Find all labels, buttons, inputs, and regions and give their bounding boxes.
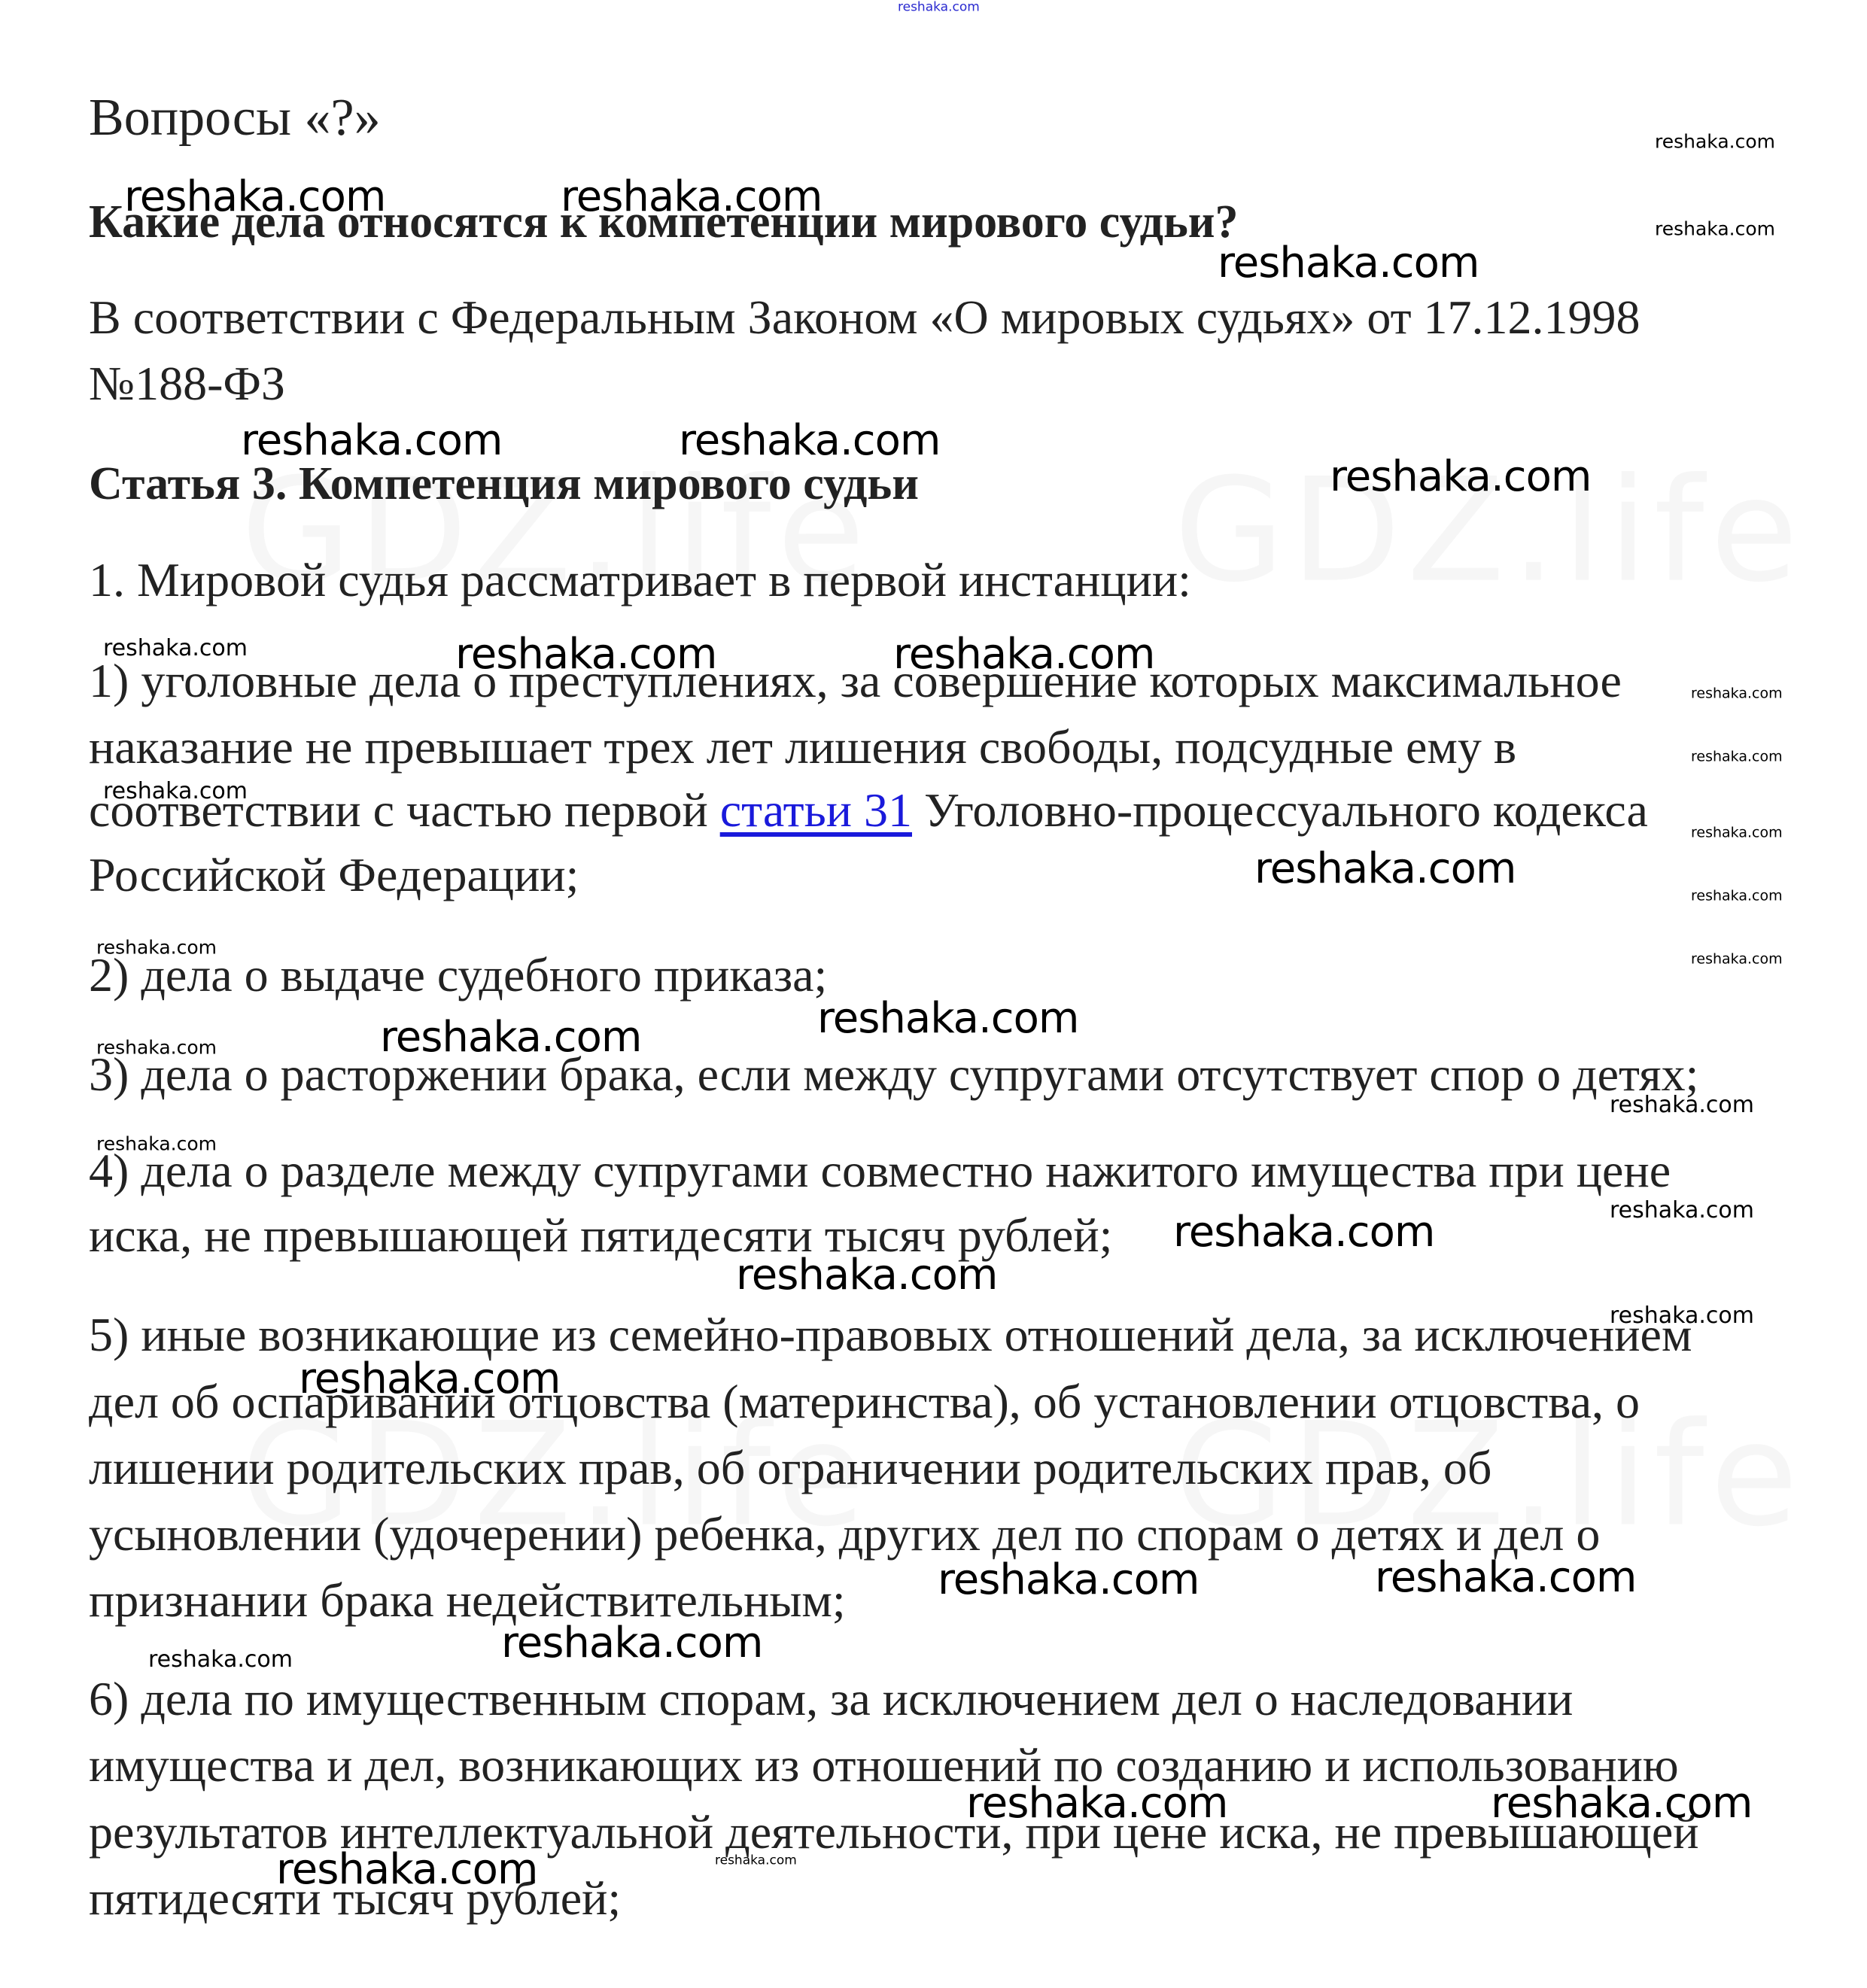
watermark: reshaka.com xyxy=(276,1849,537,1891)
watermark: reshaka.com xyxy=(1655,220,1775,239)
intro-text: В соответствии с Федеральным Законом «О … xyxy=(89,293,1640,342)
item-1-text: Российской Федерации; xyxy=(89,851,579,899)
watermark: reshaka.com xyxy=(455,634,716,676)
watermark: reshaka.com xyxy=(1330,456,1591,498)
watermark: reshaka.com xyxy=(103,780,248,803)
watermark: reshaka.com xyxy=(1610,1199,1754,1222)
watermark: reshaka.com xyxy=(561,176,822,218)
watermark: reshaka.com xyxy=(1655,132,1775,151)
watermark: reshaka.com xyxy=(715,1855,797,1868)
watermark: reshaka.com xyxy=(1610,1305,1754,1327)
watermark: reshaka.com xyxy=(501,1622,762,1664)
item-2-text: 2) дела о выдаче судебного приказа; xyxy=(89,951,827,999)
item-6-text: 6) дела по имущественным спорам, за искл… xyxy=(89,1675,1573,1723)
document-page: GDZ.life GDZ.life GDZ.life GDZ.life resh… xyxy=(0,0,1867,1988)
watermark: reshaka.com xyxy=(1691,687,1783,701)
watermark: reshaka.com xyxy=(679,420,940,462)
watermark: reshaka.com xyxy=(1375,1557,1636,1599)
watermark: reshaka.com xyxy=(817,998,1078,1040)
watermark: reshaka.com xyxy=(1173,1211,1434,1254)
item-1-text: 1) уголовные дела о преступлениях, за со… xyxy=(89,657,1622,705)
watermark: reshaka.com xyxy=(1610,1094,1754,1117)
watermark: reshaka.com xyxy=(124,176,385,218)
page-title: Вопросы «?» xyxy=(89,92,381,144)
watermark: reshaka.com xyxy=(938,1559,1199,1601)
item-3-text: 3) дела о расторжении брака, если между … xyxy=(89,1050,1698,1099)
item-1-text: наказание не превышает трех лет лишения … xyxy=(89,723,1516,771)
watermark: reshaka.com xyxy=(1691,750,1783,764)
watermark: reshaka.com xyxy=(96,1135,217,1154)
watermark: reshaka.com xyxy=(103,637,248,660)
item-1-text-segment: Уголовно-процессуального кодекса xyxy=(912,783,1648,837)
watermark: reshaka.com xyxy=(893,634,1154,676)
item-4-text: 4) дела о разделе между супругами совмес… xyxy=(89,1147,1671,1195)
watermark: reshaka.com xyxy=(1254,848,1516,890)
item-1-text: соответствии с частью первой статьи 31 У… xyxy=(89,786,1648,834)
watermark: reshaka.com xyxy=(1491,1783,1752,1825)
header-watermark-link[interactable]: reshaka.com xyxy=(898,2,980,14)
watermark: reshaka.com xyxy=(96,938,217,957)
paragraph-1: 1. Мировой судья рассматривает в первой … xyxy=(89,556,1191,604)
watermark: reshaka.com xyxy=(380,1017,641,1059)
watermark: reshaka.com xyxy=(241,420,502,462)
item-5-text: 5) иные возникающие из семейно-правовых … xyxy=(89,1311,1692,1359)
watermark: reshaka.com xyxy=(299,1358,560,1400)
watermark: reshaka.com xyxy=(148,1649,293,1671)
watermark: reshaka.com xyxy=(1691,889,1783,904)
watermark: reshaka.com xyxy=(96,1038,217,1057)
watermark: reshaka.com xyxy=(1691,826,1783,840)
item-5-text: признании брака недействительным; xyxy=(89,1576,846,1625)
item-6-text: имущества и дел, возникающих из отношени… xyxy=(89,1741,1679,1789)
watermark: reshaka.com xyxy=(1691,953,1783,967)
intro-text: №188-ФЗ xyxy=(89,360,285,408)
watermark: reshaka.com xyxy=(966,1783,1227,1825)
article-heading: Статья 3. Компетенция мирового судьи xyxy=(89,461,919,507)
watermark: reshaka.com xyxy=(736,1254,997,1296)
item-5-text: лишении родительских прав, об ограничени… xyxy=(89,1444,1491,1492)
item-5-text: усыновлении (удочерении) ребенка, других… xyxy=(89,1510,1600,1558)
article-31-link[interactable]: статьи 31 xyxy=(720,783,912,837)
watermark: reshaka.com xyxy=(1218,242,1479,284)
